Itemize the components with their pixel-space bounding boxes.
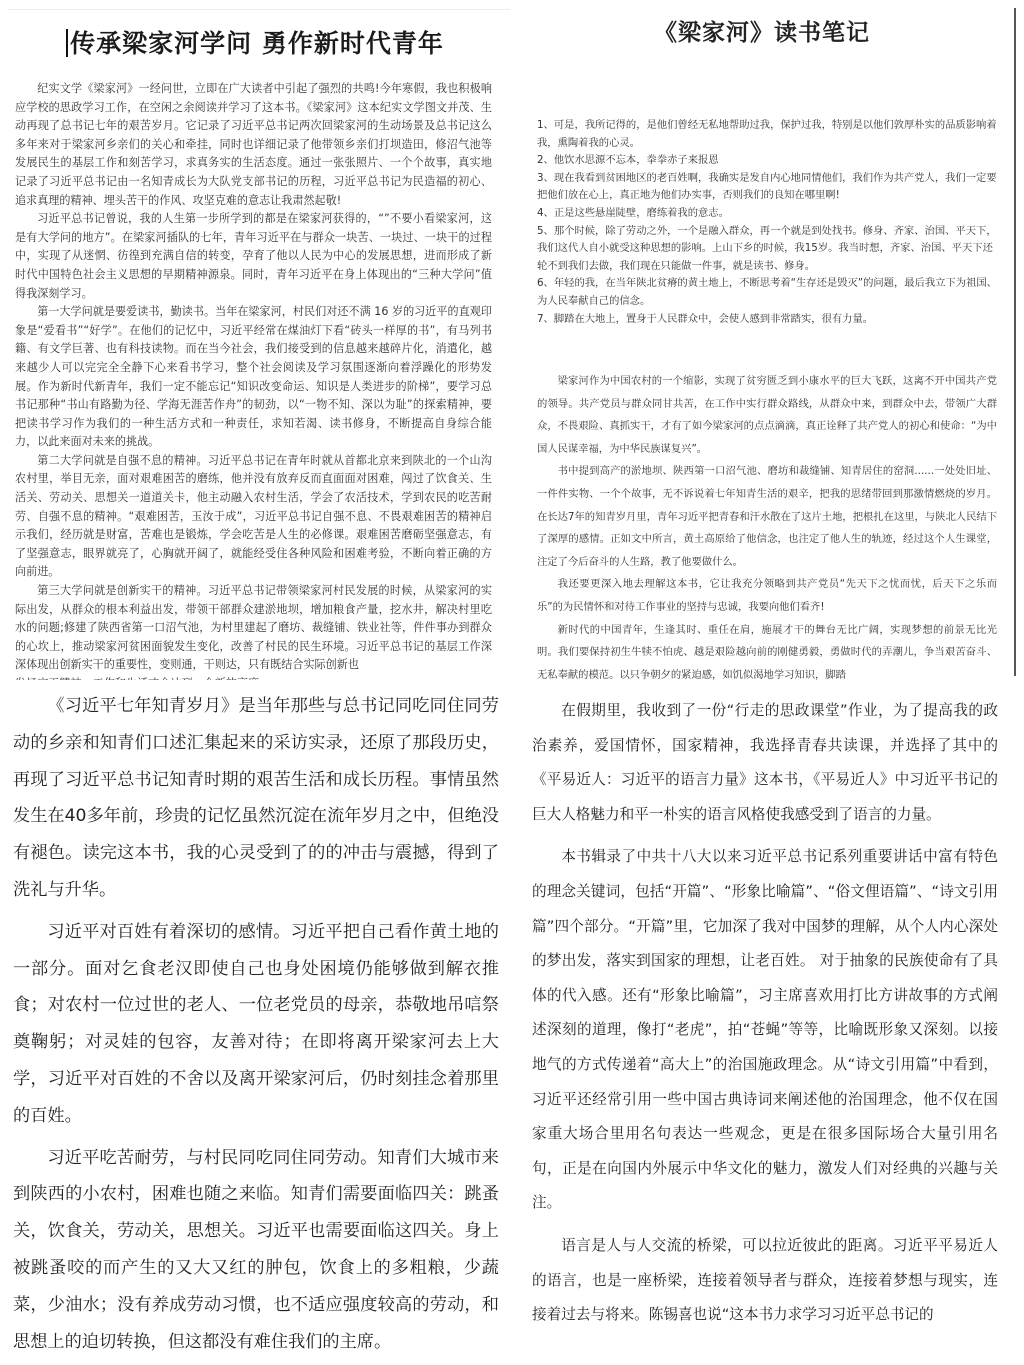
note-item: 1、可是，我所记得的，是他们曾经无私地帮助过我，保护过我，特别是以他们敦厚朴实的… [537,117,997,152]
note-item: 4、正是这些悬崖陡壁，磨练着我的意志。 [537,205,997,223]
vertical-rule [1014,8,1016,676]
paragraph: 习近平总书记曾说，我的人生第一步所学到的都是在梁家河获得的，“”不要小看梁家河，… [15,210,492,303]
paragraph: 我还要更深入地去理解这本书，它让我充分领略到共产党员“先天下之忧而忧，后天下之乐… [537,573,997,618]
divider [8,9,510,10]
note-item: 7、脚踏在大地上，置身于人民群众中，会使人感到非常踏实，很有力量。 [537,311,997,329]
paragraph: 新时代的中国青年，生逢其时、重任在肩，施展才干的舞台无比广阔，实现梦想的前景无比… [537,619,997,680]
paragraph: 第二大学问就是自强不息的精神。习近平总书记在青年时就从首都北京来到陕北的一个山沟… [15,452,492,582]
essay-title-text: 传承梁家河学问 勇作新时代青年 [70,29,444,58]
paragraph: 纪实文学《梁家河》一经问世，立即在广大读者中引起了强烈的共鸣!今年寒假，我也积极… [15,80,492,210]
text-cursor [66,29,68,57]
essay-panel-top-left: 传承梁家河学问 勇作新时代青年 纪实文学《梁家河》一经问世，立即在广大读者中引起… [0,0,510,680]
notes-panel-top-right: 《梁家河》读书笔记 1、可是，我所记得的，是他们曾经无私地帮助过我，保护过我，特… [510,0,1024,680]
notes-list: 1、可是，我所记得的，是他们曾经无私地帮助过我，保护过我，特别是以他们敦厚朴实的… [537,117,997,328]
note-item: 3、现在我看到贫困地区的老百姓啊，我确实是发自内心地同情他们，我们作为共产党人，… [537,170,997,205]
paragraph: 语言是人与人交流的桥梁，可以拉近彼此的距离。习近平平易近人的语言，也是一座桥梁，… [532,1229,998,1333]
note-item: 2、他饮水思源不忘本，拳拳赤子来报恩 [537,152,997,170]
essay-body: 在假期里，我收到了一份“行走的思政课堂”作业，为了提高我的政治素养，爱国情怀，国… [532,694,998,1341]
note-item: 5、那个时候，除了劳动之外，一个是融入群众，再一个就是到处找书。修身、齐家、治国… [537,223,997,276]
essay-body: 《习近平七年知青岁月》是当年那些与总书记同吃同住同劳动的乡亲和知青们口述汇集起来… [13,688,499,1365]
paragraph: 第一大学问就是要爱读书，勤读书。当年在梁家河，村民们对还不满 16 岁的习近平的… [15,303,492,452]
paragraph: 书中提到高产的淤地坝、陕西第一口沼气池、磨坊和裁缝铺、知青居住的窑洞......… [537,460,997,573]
essay-panel-bottom-left: 《习近平七年知青岁月》是当年那些与总书记同吃同住同劳动的乡亲和知青们口述汇集起来… [0,680,510,1365]
essay-body: 纪实文学《梁家河》一经问世，立即在广大读者中引起了强烈的共鸣!今年寒假，我也积极… [15,80,492,680]
notes-essay: 梁家河作为中国农村的一个缩影，实现了贫穷匮乏到小康水平的巨大飞跃，这离不开中国共… [537,370,997,680]
paragraph: 梁家河作为中国农村的一个缩影，实现了贫穷匮乏到小康水平的巨大飞跃，这离不开中国共… [537,370,997,460]
notes-title: 《梁家河》读书笔记 [510,14,1014,47]
essay-title: 传承梁家河学问 勇作新时代青年 [0,24,510,60]
paragraph: 《习近平七年知青岁月》是当年那些与总书记同吃同住同劳动的乡亲和知青们口述汇集起来… [13,688,499,909]
paragraph: 在假期里，我收到了一份“行走的思政课堂”作业，为了提高我的政治素养，爱国情怀，国… [532,694,998,832]
note-item: 6、年轻的我，在当年陕北贫瘠的黄土地上，不断思考着“生存还是毁灭”的问题，最后我… [537,275,997,310]
paragraph: 本书辑录了中共十八大以来习近平总书记系列重要讲话中富有特色的理念关键词，包括“开… [532,840,998,1221]
paragraph: 习近平对百姓有着深切的感情。习近平把自己看作黄土地的一部分。面对乞食老汉即使自己… [13,914,499,1135]
paragraph: 第三大学问就是创新实干的精神。习近平总书记带领梁家河村民发展的时候，从梁家河的实… [15,582,492,675]
paragraph: 习近平吃苦耐劳，与村民同吃同住同劳动。知青们大城市来到陕西的小农村，困难也随之来… [13,1140,499,1361]
essay-panel-bottom-right: 在假期里，我收到了一份“行走的思政课堂”作业，为了提高我的政治素养，爱国情怀，国… [510,680,1024,1365]
